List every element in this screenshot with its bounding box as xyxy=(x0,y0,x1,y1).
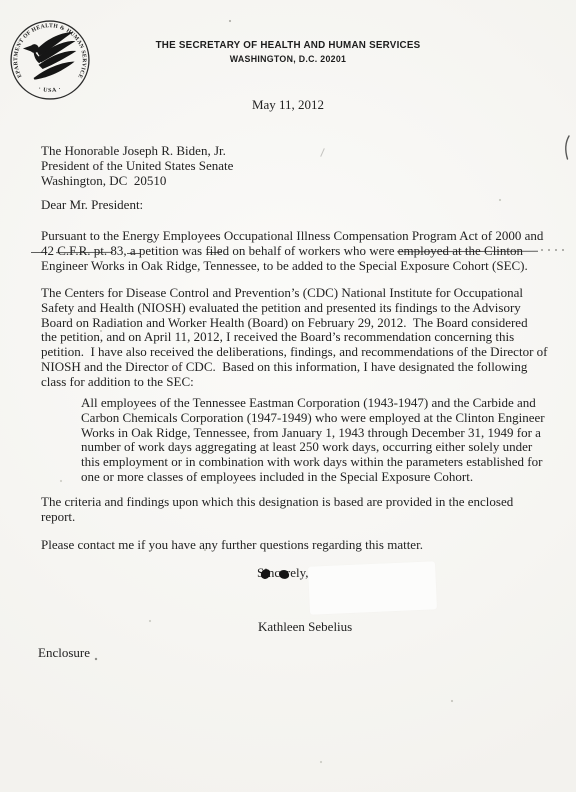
stray-pen-mark-icon xyxy=(561,134,573,162)
salutation: Dear Mr. President: xyxy=(41,198,143,213)
body-paragraph-2: The Centers for Disease Control and Prev… xyxy=(41,286,574,390)
body-paragraph-3: The criteria and findings upon which thi… xyxy=(41,495,574,525)
signature-whiteout-patch xyxy=(308,561,437,614)
date-line: May 11, 2012 xyxy=(0,98,576,113)
signer-name: Kathleen Sebelius xyxy=(258,620,352,635)
svg-text:· USA ·: · USA · xyxy=(37,86,62,94)
body-paragraph-4: Please contact me if you have any furthe… xyxy=(41,538,574,553)
letterhead-location: WASHINGTON, D.C. 20201 xyxy=(0,54,576,64)
scan-artifact-dots xyxy=(541,249,573,253)
scan-artifact-strike xyxy=(31,252,42,253)
enclosure-note: Enclosure xyxy=(38,646,90,661)
letter-page: DEPARTMENT OF HEALTH & HUMAN SERVICES · … xyxy=(0,0,576,792)
scan-artifact-strike xyxy=(127,253,141,254)
designated-class-blockquote: All employees of the Tennessee Eastman C… xyxy=(81,396,574,485)
scan-artifact-strike xyxy=(207,252,222,253)
letterhead-title: THE SECRETARY OF HEALTH AND HUMAN SERVIC… xyxy=(0,40,576,51)
recipient-address: The Honorable Joseph R. Biden, Jr. Presi… xyxy=(41,144,461,188)
